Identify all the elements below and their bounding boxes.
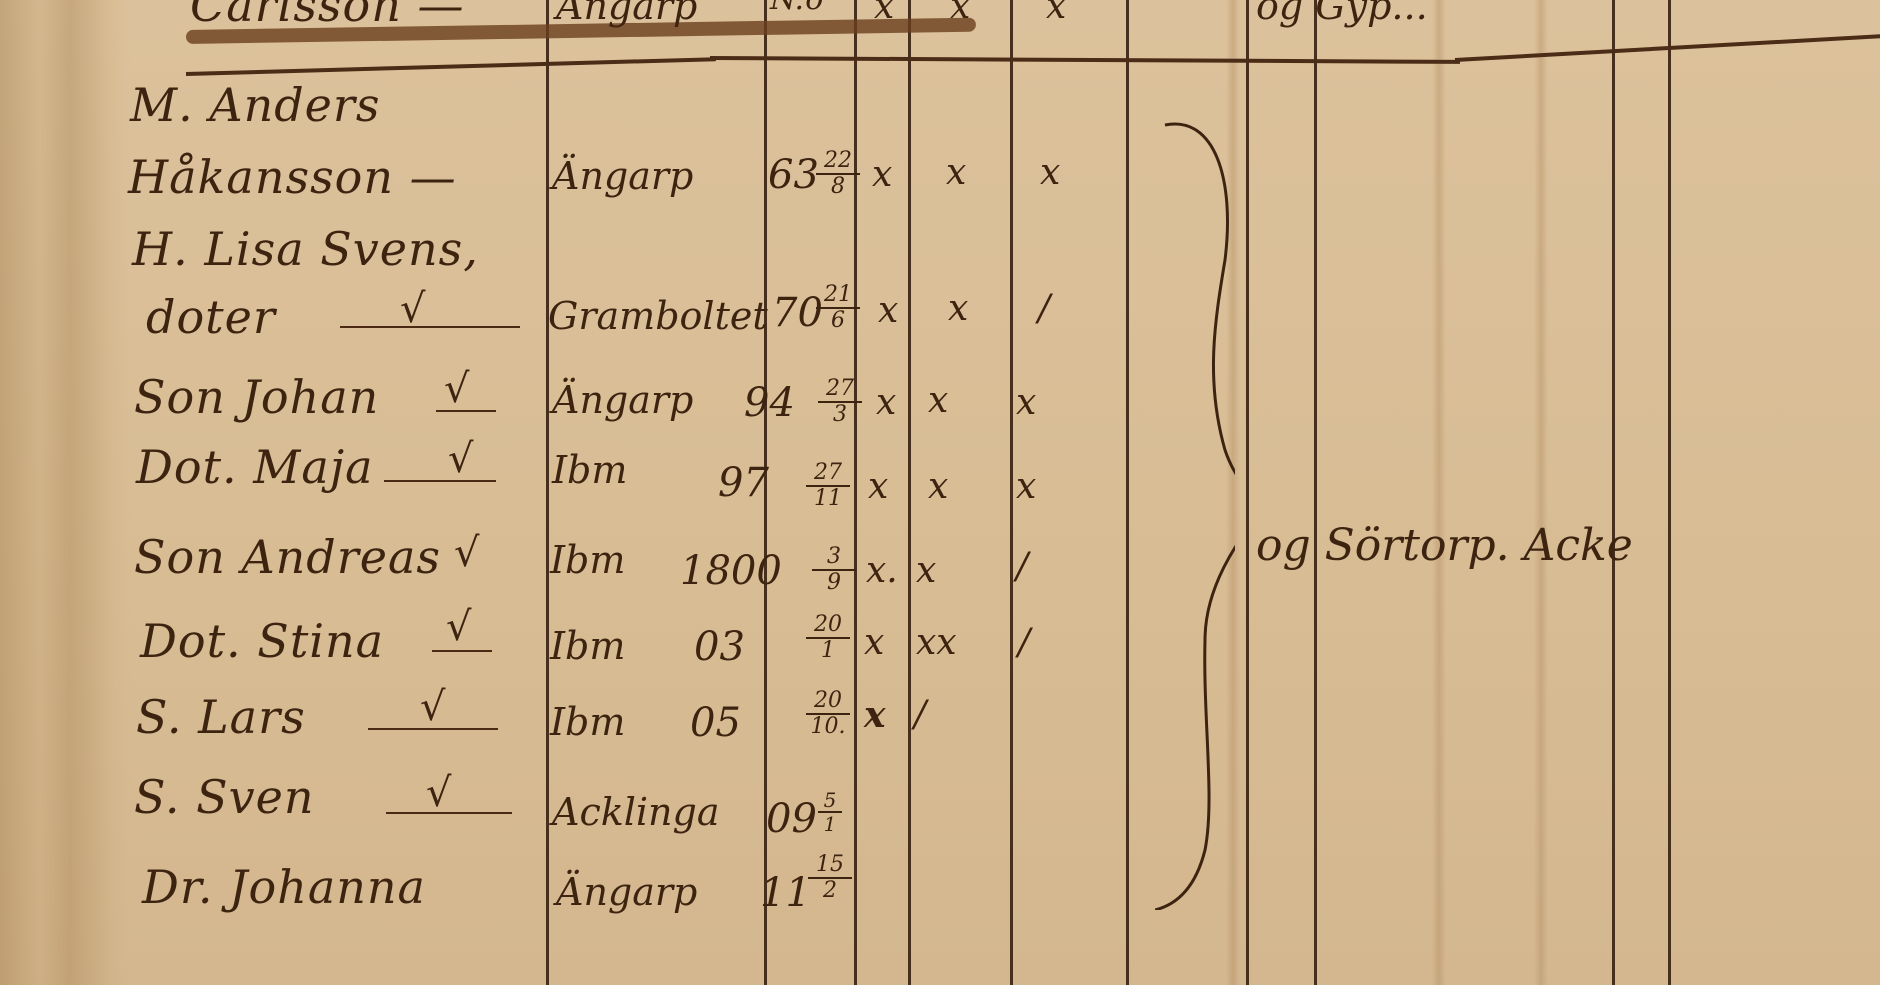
- check-underline: [386, 812, 512, 814]
- entry-name: Dr. Johanna: [142, 860, 426, 914]
- mark-col-2: x: [928, 380, 948, 421]
- entry-place: Ibm: [550, 624, 625, 668]
- mark-col-2: xx: [916, 622, 957, 663]
- entry-name: doter: [146, 290, 276, 344]
- entry-birth-date: 2010.: [806, 690, 850, 738]
- entry-name: H. Lisa Svens,: [132, 222, 479, 276]
- check-mark: √: [446, 604, 472, 650]
- header-mark: x: [874, 0, 894, 27]
- column-rule: [1314, 0, 1317, 985]
- entry-birth-year: 03: [694, 624, 745, 670]
- mark-col-1: x: [878, 290, 898, 331]
- paper-fold: [1432, 0, 1446, 985]
- entry-birth-date: 273: [818, 378, 862, 426]
- entry-name: Dot. Stina: [140, 614, 384, 668]
- mark-col-3: x: [1016, 382, 1036, 423]
- entry-birth-date: 228: [816, 150, 860, 198]
- mark-col-1: x.: [866, 550, 898, 591]
- entry-place: Acklinga: [552, 790, 720, 834]
- mark-col-2: x: [916, 550, 936, 591]
- entry-birth-year: 97: [718, 460, 769, 506]
- mark-col-3: x: [1040, 152, 1060, 193]
- entry-birth-year: 94: [744, 380, 795, 426]
- mark-col-1: x: [864, 694, 885, 736]
- entry-birth-year: 1800: [680, 548, 782, 594]
- header-note: og Gyp...: [1256, 0, 1428, 28]
- mark-col-3: /: [1016, 546, 1028, 587]
- column-rule: [1612, 0, 1615, 985]
- mark-col-3: /: [1038, 288, 1050, 329]
- column-rule: [908, 0, 911, 985]
- separator-line: [710, 56, 1460, 64]
- check-underline: [436, 410, 496, 412]
- paper-fold: [1534, 0, 1548, 985]
- entry-place: Gramboltet: [548, 294, 768, 338]
- column-rule: [1668, 0, 1671, 985]
- mark-col-1: x: [868, 466, 888, 507]
- mark-col-1: x: [864, 622, 884, 663]
- entry-birth-date: 216: [816, 284, 860, 332]
- entry-birth-year: 63: [768, 152, 819, 198]
- mark-col-2: x: [928, 466, 948, 507]
- check-mark: √: [426, 770, 452, 816]
- entry-birth-year: 05: [690, 700, 741, 746]
- entry-place: Ibm: [550, 700, 625, 744]
- column-rule: [546, 0, 549, 985]
- check-mark: √: [420, 684, 446, 730]
- column-rule: [1010, 0, 1013, 985]
- entry-birth-date: 2711: [806, 462, 850, 510]
- entry-birth-date: 152: [808, 854, 852, 902]
- entry-name: M. Anders: [130, 78, 380, 132]
- entry-name: S. Lars: [136, 690, 306, 744]
- entry-name: S. Sven: [134, 770, 314, 824]
- entry-place: Ängarp: [552, 154, 693, 198]
- header-year: N:o: [770, 0, 823, 17]
- check-mark: √: [444, 366, 470, 412]
- entry-birth-year: 09: [766, 796, 817, 842]
- check-underline: [340, 326, 520, 328]
- header-mark: x: [1046, 0, 1066, 27]
- entry-place: Ängarp: [552, 378, 693, 422]
- header-mark: x: [950, 0, 970, 27]
- entry-name: Dot. Maja: [136, 440, 374, 494]
- entry-birth-date: 39: [812, 546, 856, 594]
- mark-col-3: x: [1016, 466, 1036, 507]
- entry-place: Ibm: [552, 448, 627, 492]
- column-rule: [854, 0, 857, 985]
- entry-name: Son Johan: [134, 370, 379, 424]
- separator-line: [186, 57, 716, 76]
- entry-name: Håkansson —: [128, 150, 457, 204]
- mark-col-2: /: [914, 694, 926, 735]
- header-place: Ängarp: [556, 0, 697, 28]
- column-rule: [1246, 0, 1249, 985]
- entry-birth-year: 11: [760, 870, 811, 916]
- mark-col-2: x: [946, 152, 966, 193]
- check-underline: [368, 728, 498, 730]
- check-mark: √: [454, 530, 480, 576]
- mark-col-3: /: [1018, 622, 1030, 663]
- mark-col-2: x: [948, 288, 968, 329]
- check-underline: [384, 480, 496, 482]
- column-rule: [1126, 0, 1129, 985]
- check-underline: [432, 650, 492, 652]
- mark-col-1: x: [872, 154, 892, 195]
- entry-birth-date: 201: [806, 614, 850, 662]
- header-name: Carlsson —: [190, 0, 464, 32]
- side-note: og Sörtorp. Acke: [1256, 520, 1633, 571]
- entry-place: Ängarp: [556, 870, 697, 914]
- grouping-brace-icon: [1155, 120, 1235, 910]
- check-mark: √: [448, 436, 474, 482]
- entry-name: Son Andreas: [134, 530, 441, 584]
- entry-birth-date: 51: [818, 790, 842, 834]
- entry-place: Ibm: [550, 538, 625, 582]
- manuscript-page: Carlsson — Ängarp N:o x x x og Gyp... M.…: [0, 0, 1880, 985]
- mark-col-1: x: [876, 382, 896, 423]
